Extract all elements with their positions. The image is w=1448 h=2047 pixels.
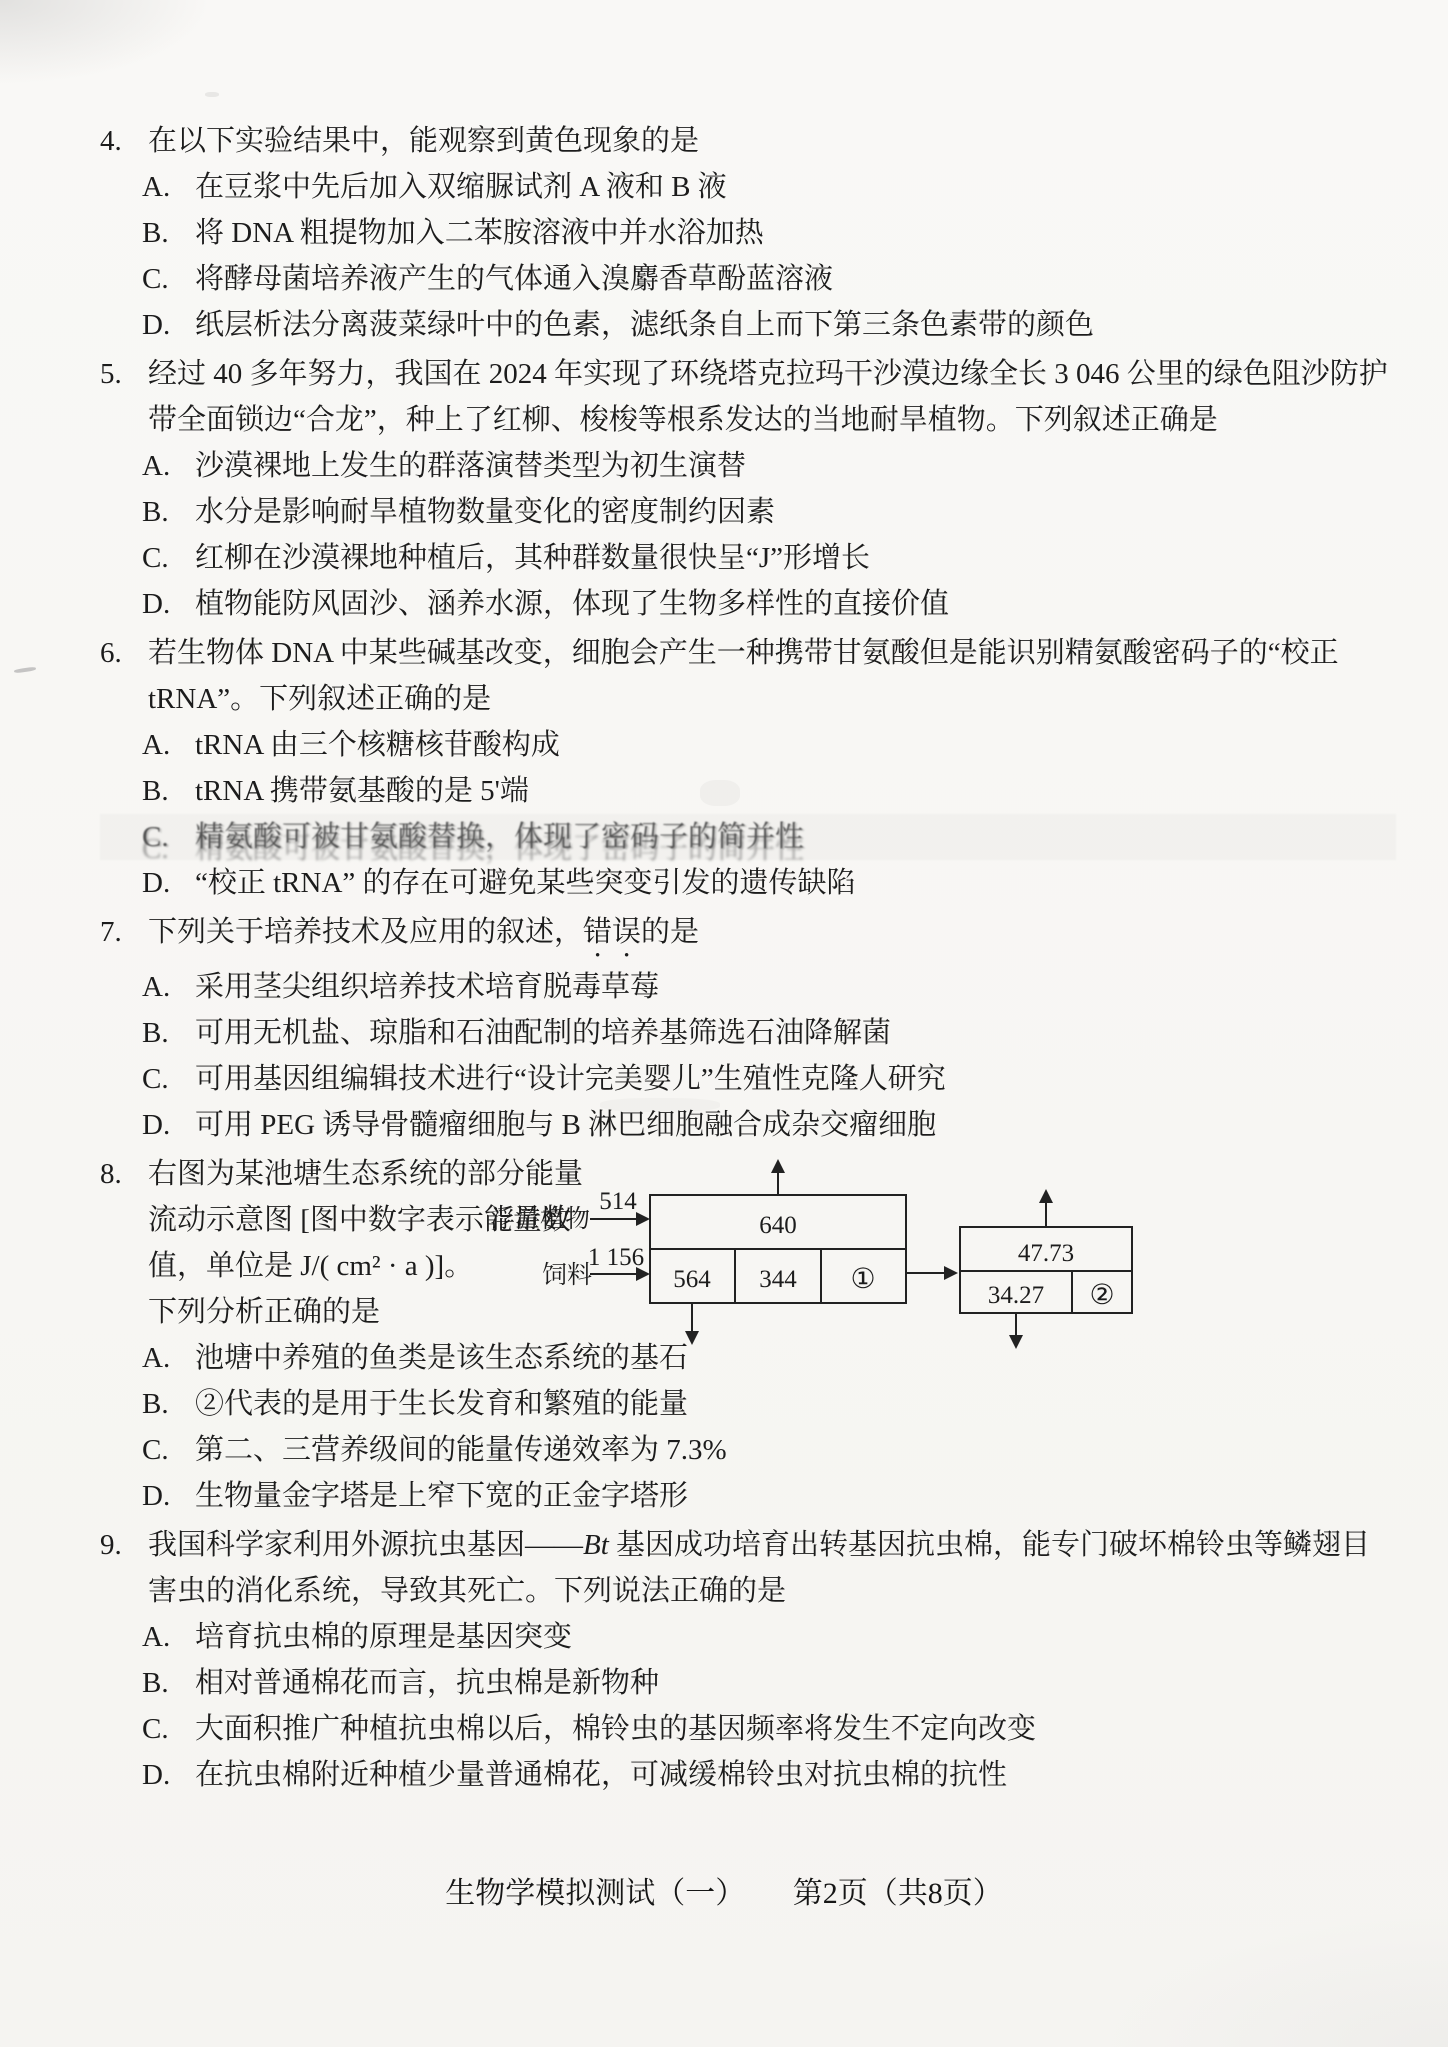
option-text: 精氨酸可被甘氨酸替换，体现了密码子的简并性 (195, 821, 804, 853)
option-text: 植物能防风固沙、涵养水源，体现了生物多样性的直接价值 (195, 588, 949, 620)
question-9-stem: 9. 我国科学家利用外源抗虫基因——Bt 基因成功培育出转基因抗虫棉，能专门破坏… (100, 1522, 1396, 1614)
option-label: D. (142, 1752, 170, 1798)
option-9D: D. 在抗虫棉附近种植少量普通棉花，可减缓棉铃虫对抗虫棉的抗性 (100, 1752, 1396, 1798)
option-text: 可用 PEG 诱导骨髓瘤细胞与 B 淋巴细胞融合成杂交瘤细胞 (195, 1109, 936, 1141)
stem-part: 的是 (641, 916, 699, 948)
figure-producer-label: 浮游植物 (490, 1205, 590, 1233)
option-label: D. (142, 302, 170, 348)
scanned-exam-page: 4. 在以下实验结果中，能观察到黄色现象的是 A. 在豆浆中先后加入双缩脲试剂 … (0, 0, 1448, 2047)
option-6B: B. tRNA 携带氨基酸的是 5'端 (100, 768, 1396, 814)
option-text: “校正 tRNA” 的存在可避免某些突变引发的遗传缺陷 (195, 867, 856, 899)
option-6A: A. tRNA 由三个核糖核苷酸构成 (100, 722, 1396, 768)
option-label: C. (142, 1056, 169, 1102)
option-text: 可用无机盐、琼脂和石油配制的培养基筛选石油降解菌 (195, 1017, 891, 1049)
option-label: B. (142, 210, 169, 256)
option-label: C. (142, 814, 169, 860)
option-label: D. (142, 860, 170, 906)
option-8B: B. ②代表的是用于生长发育和繁殖的能量 (100, 1381, 1396, 1427)
option-9C: C. 大面积推广种植抗虫棉以后，棉铃虫的基因频率将发生不定向改变 (100, 1706, 1396, 1752)
box1-cell2-value: 344 (759, 1266, 797, 1293)
question-stem-text: 经过 40 多年努力，我国在 2024 年实现了环绕塔克拉玛干沙漠边缘全长 3 … (148, 358, 1388, 436)
option-label: A. (142, 164, 170, 210)
energy-flow-svg: 浮游植物 514 饲料 1 156 (488, 1153, 1188, 1351)
page-footer: 生物学模拟测试（一） 第2页（共8页） (0, 1868, 1448, 1912)
question-number: 4. (100, 118, 122, 164)
stem-part: 下列关于培养技术及应用的叙述， (148, 916, 583, 948)
option-4D: D. 纸层析法分离菠菜绿叶中的色素，滤纸条自上而下第三条色素带的颜色 (100, 302, 1396, 348)
option-text: 红柳在沙漠裸地种植后，其种群数量很快呈“J”形增长 (195, 542, 870, 574)
question-number: 6. (100, 630, 122, 676)
option-text: 将酵母菌培养液产生的气体通入溴麝香草酚蓝溶液 (195, 263, 833, 295)
option-text: 可用基因组编辑技术进行“设计完美婴儿”生殖性克隆人研究 (195, 1063, 946, 1095)
question-stem-text: 若生物体 DNA 中某些碱基改变，细胞会产生一种携带甘氨酸但是能识别精氨酸密码子… (148, 637, 1339, 715)
option-text: 培育抗虫棉的原理是基因突变 (195, 1621, 572, 1653)
option-text: 第二、三营养级间的能量传递效率为 7.3% (195, 1434, 727, 1466)
figure-producer-value: 514 (599, 1188, 637, 1215)
question-number: 9. (100, 1522, 122, 1568)
option-8C: C. 第二、三营养级间的能量传递效率为 7.3% (100, 1427, 1396, 1473)
option-5C: C. 红柳在沙漠裸地种植后，其种群数量很快呈“J”形增长 (100, 535, 1396, 581)
option-label: B. (142, 1381, 169, 1427)
box2-circled-2: ② (1089, 1280, 1114, 1311)
option-label: D. (142, 1102, 170, 1148)
box1-cell1-value: 564 (673, 1266, 711, 1293)
option-6D: D. “校正 tRNA” 的存在可避免某些突变引发的遗传缺陷 (100, 860, 1396, 906)
option-4B: B. 将 DNA 粗提物加入二苯胺溶液中并水浴加热 (100, 210, 1396, 256)
option-label: A. (142, 1614, 170, 1660)
option-7B: B. 可用无机盐、琼脂和石油配制的培养基筛选石油降解菌 (100, 1010, 1396, 1056)
option-text: 在豆浆中先后加入双缩脲试剂 A 液和 B 液 (195, 171, 727, 203)
option-text: 水分是影响耐旱植物数量变化的密度制约因素 (195, 496, 775, 528)
emphasized-word: 错误 (583, 916, 641, 948)
question-number: 8. (100, 1151, 122, 1197)
option-label: C. (142, 256, 169, 302)
option-label: A. (142, 722, 170, 768)
question-stem-text: 下列关于培养技术及应用的叙述，错误的是 (148, 916, 699, 948)
arrow-up-from-box1-icon (771, 1159, 785, 1195)
figure-feed-label: 饲料 (542, 1261, 592, 1289)
option-8A: A. 池塘中养殖的鱼类是该生态系统的基石 (100, 1335, 1396, 1381)
question-4-stem: 4. 在以下实验结果中，能观察到黄色现象的是 (100, 118, 1396, 164)
option-7A: A. 采用茎尖组织培养技术培育脱毒草莓 (100, 964, 1396, 1010)
option-4A: A. 在豆浆中先后加入双缩脲试剂 A 液和 B 液 (100, 164, 1396, 210)
option-label: A. (142, 1335, 170, 1381)
box2-top-value: 47.73 (1018, 1240, 1074, 1267)
box1-top-value: 640 (759, 1212, 797, 1239)
box1-circled-1: ① (850, 1264, 875, 1295)
question-6-stem: 6. 若生物体 DNA 中某些碱基改变，细胞会产生一种携带甘氨酸但是能识别精氨酸… (100, 630, 1396, 722)
question-stem-text: 我国科学家利用外源抗虫基因——Bt 基因成功培育出转基因抗虫棉，能专门破坏棉铃虫… (148, 1529, 1370, 1607)
option-text: tRNA 携带氨基酸的是 5'端 (195, 775, 529, 807)
option-text: 在抗虫棉附近种植少量普通棉花，可减缓棉铃虫对抗虫棉的抗性 (195, 1759, 1007, 1791)
option-text: 生物量金字塔是上窄下宽的正金字塔形 (195, 1480, 688, 1512)
scan-artifact (205, 92, 219, 97)
question-stem-text: 在以下实验结果中，能观察到黄色现象的是 (148, 125, 699, 157)
question-7-stem: 7. 下列关于培养技术及应用的叙述，错误的是 (100, 909, 1396, 964)
option-text: 将 DNA 粗提物加入二苯胺溶液中并水浴加热 (195, 217, 764, 249)
arrow-up-from-box2-icon (1039, 1189, 1053, 1227)
option-5B: B. 水分是影响耐旱植物数量变化的密度制约因素 (100, 489, 1396, 535)
arrow-box1-to-box2-icon (906, 1266, 958, 1280)
question-9: 9. 我国科学家利用外源抗虫基因——Bt 基因成功培育出转基因抗虫棉，能专门破坏… (100, 1522, 1396, 1798)
option-label: D. (142, 1473, 170, 1519)
question-number: 5. (100, 351, 122, 397)
gene-name-italic: Bt (583, 1529, 609, 1561)
question-5-stem: 5. 经过 40 多年努力，我国在 2024 年实现了环绕塔克拉玛干沙漠边缘全长… (100, 351, 1396, 443)
figure-feed-value: 1 156 (588, 1244, 644, 1271)
option-5A: A. 沙漠裸地上发生的群落演替类型为初生演替 (100, 443, 1396, 489)
option-label: A. (142, 443, 170, 489)
footer-page-number: 第2页（共8页） (793, 1877, 1003, 1910)
question-stem-text: 下列分析正确的是 (148, 1296, 380, 1328)
option-text: 采用茎尖组织培养技术培育脱毒草莓 (195, 971, 659, 1003)
option-label: D. (142, 581, 170, 627)
option-label: B. (142, 489, 169, 535)
option-4C: C. 将酵母菌培养液产生的气体通入溴麝香草酚蓝溶液 (100, 256, 1396, 302)
question-8: 8. 右图为某池塘生态系统的部分能量流动示意图 [图中数字表示能量数值，单位是 … (100, 1151, 1396, 1519)
footer-exam-title: 生物学模拟测试（一） (445, 1877, 745, 1910)
option-label: B. (142, 1010, 169, 1056)
option-8D: D. 生物量金字塔是上窄下宽的正金字塔形 (100, 1473, 1396, 1519)
question-5: 5. 经过 40 多年努力，我国在 2024 年实现了环绕塔克拉玛干沙漠边缘全长… (100, 351, 1396, 627)
option-text: 大面积推广种植抗虫棉以后，棉铃虫的基因频率将发生不定向改变 (195, 1713, 1036, 1745)
option-text: tRNA 由三个核糖核苷酸构成 (195, 729, 560, 761)
box2-cell1-value: 34.27 (988, 1282, 1044, 1309)
option-6C-faded-print: C. 精氨酸可被甘氨酸替换，体现了密码子的简并性 (100, 814, 1396, 860)
option-9A: A. 培育抗虫棉的原理是基因突变 (100, 1614, 1396, 1660)
question-4: 4. 在以下实验结果中，能观察到黄色现象的是 A. 在豆浆中先后加入双缩脲试剂 … (100, 118, 1396, 348)
option-label: C. (142, 535, 169, 581)
option-9B: B. 相对普通棉花而言，抗虫棉是新物种 (100, 1660, 1396, 1706)
stem-part: 我国科学家利用外源抗虫基因—— (148, 1529, 583, 1561)
option-5D: D. 植物能防风固沙、涵养水源，体现了生物多样性的直接价值 (100, 581, 1396, 627)
option-7D: D. 可用 PEG 诱导骨髓瘤细胞与 B 淋巴细胞融合成杂交瘤细胞 (100, 1102, 1396, 1148)
energy-flow-diagram: 浮游植物 514 饲料 1 156 (488, 1153, 1188, 1351)
exam-content: 4. 在以下实验结果中，能观察到黄色现象的是 A. 在豆浆中先后加入双缩脲试剂 … (100, 118, 1396, 1801)
option-label: C. (142, 1706, 169, 1752)
option-text: 池塘中养殖的鱼类是该生态系统的基石 (195, 1342, 688, 1374)
scan-artifact (14, 666, 36, 673)
question-number: 7. (100, 909, 122, 955)
option-text: 相对普通棉花而言，抗虫棉是新物种 (195, 1667, 659, 1699)
question-7: 7. 下列关于培养技术及应用的叙述，错误的是 A. 采用茎尖组织培养技术培育脱毒… (100, 909, 1396, 1148)
option-label: B. (142, 1660, 169, 1706)
option-text: 沙漠裸地上发生的群落演替类型为初生演替 (195, 450, 746, 482)
option-label: B. (142, 768, 169, 814)
option-text: 纸层析法分离菠菜绿叶中的色素，滤纸条自上而下第三条色素带的颜色 (195, 309, 1094, 341)
option-label: A. (142, 964, 170, 1010)
option-7C: C. 可用基因组编辑技术进行“设计完美婴儿”生殖性克隆人研究 (100, 1056, 1396, 1102)
question-6: 6. 若生物体 DNA 中某些碱基改变，细胞会产生一种携带甘氨酸但是能识别精氨酸… (100, 630, 1396, 906)
option-text: ②代表的是用于生长发育和繁殖的能量 (195, 1388, 688, 1420)
option-label: C. (142, 1427, 169, 1473)
